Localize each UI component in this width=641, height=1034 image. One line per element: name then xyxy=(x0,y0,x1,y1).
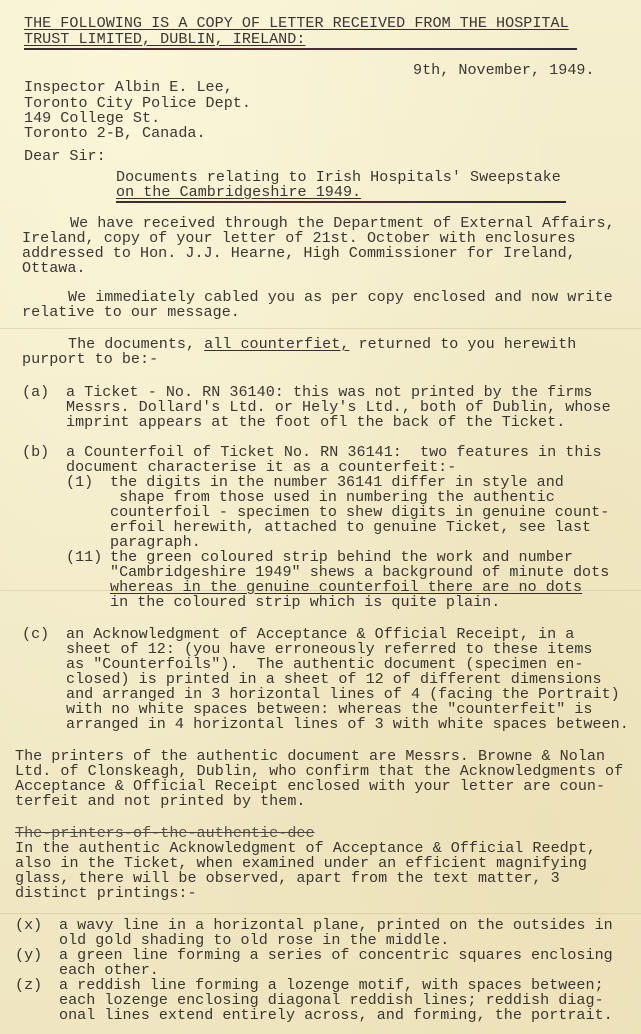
recipient-name: Inspector Albin E. Lee, xyxy=(24,80,233,95)
para1-line: addressed to Hon. J.J. Hearne, High Comm… xyxy=(22,246,576,261)
item-b-label: (b) xyxy=(22,445,49,460)
subject-rule xyxy=(116,201,566,203)
all-counterfeit-emphasis: all counterfiet, xyxy=(204,335,349,353)
header-rule xyxy=(24,48,577,50)
item-b-sub1-label: (1) xyxy=(66,475,93,490)
magnify-line: distinct printings:- xyxy=(15,886,197,901)
header-line-1: THE FOLLOWING IS A COPY OF LETTER RECEIV… xyxy=(24,16,569,31)
paper-fold-line xyxy=(0,328,641,329)
printing-x-label: (x) xyxy=(15,918,42,933)
recipient-city: Toronto 2-B, Canada. xyxy=(24,126,206,141)
para3-line: purport to be:- xyxy=(22,352,158,367)
paper-fold-line xyxy=(0,913,641,914)
printing-z-label: (z) xyxy=(15,978,42,993)
letter-date: 9th, November, 1949. xyxy=(413,63,595,78)
item-b-sub2-line: in the coloured strip which is quite pla… xyxy=(110,595,500,610)
item-c-line: arranged in 4 horizontal lines of 3 with… xyxy=(66,717,629,732)
printers-line: terfeit and not printed by them. xyxy=(15,794,306,809)
para3-text: returned to you herewith xyxy=(349,335,576,353)
item-a-label: (a) xyxy=(22,385,49,400)
header-line-2: TRUST LIMITED, DUBLIN, IRELAND: xyxy=(24,32,305,47)
salutation: Dear Sir: xyxy=(24,149,106,164)
subject-line-2: on the Cambridgeshire 1949. xyxy=(116,185,361,200)
printing-z-line: onal lines extend entirely across, and f… xyxy=(59,1008,613,1023)
printing-y-label: (y) xyxy=(15,948,42,963)
item-c-label: (c) xyxy=(22,627,49,642)
item-a-line: imprint appears at the foot ofl the back… xyxy=(66,415,565,430)
para1-line: Ottawa. xyxy=(22,261,86,276)
item-b-sub2-label: (11) xyxy=(66,550,102,565)
para2-line: relative to our message. xyxy=(22,305,240,320)
